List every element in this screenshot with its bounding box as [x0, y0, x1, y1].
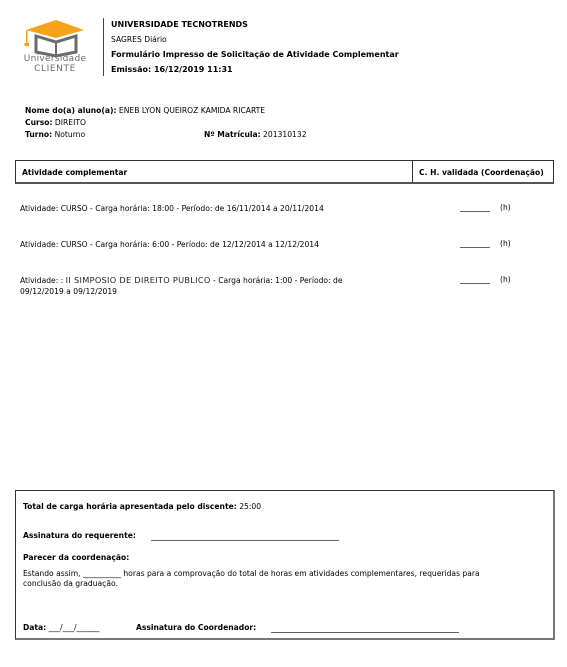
- total-hours: Total de carga horária apresentada pelo …: [23, 502, 261, 511]
- activities-table-header: Atividade complementar C. H. validada (C…: [15, 160, 554, 184]
- date-field: Data: ___/___/______: [23, 623, 99, 632]
- student-name-value: ENEB LYON QUEIROZ KAMIDA RICARTE: [119, 106, 265, 115]
- activity-name: II SIMPOSIO DE DIREITO PUBLICO: [66, 275, 211, 285]
- column-divider: [412, 161, 413, 182]
- activity-row: Atividade: CURSO - Carga horária: 6:00 -…: [20, 239, 380, 250]
- shift-label: Turno:: [25, 130, 52, 139]
- emission-label: Emissão:: [111, 65, 151, 74]
- graduation-cap-icon: [18, 18, 92, 58]
- hours-blank-line: [460, 247, 490, 248]
- logo-text-line1: Universidade: [18, 54, 92, 64]
- student-name: Nome do(a) aluno(a): ENEB LYON QUEIROZ K…: [25, 106, 265, 115]
- logo-text-line2: CLIENTE: [18, 64, 92, 74]
- coordinator-signature-label: Assinatura do Coordenador:: [136, 623, 256, 632]
- course-label: Curso:: [25, 118, 53, 127]
- opinion-text-line1: Estando assim, __________ horas para a c…: [23, 569, 480, 578]
- summary-box: Total de carga horária apresentada pelo …: [15, 490, 555, 640]
- hours-suffix: (h): [500, 239, 511, 248]
- student-name-label: Nome do(a) aluno(a):: [25, 106, 117, 115]
- student-course: Curso: DIREITO: [25, 118, 86, 127]
- date-label: Data:: [23, 623, 46, 632]
- registration-label: Nº Matrícula:: [204, 130, 261, 139]
- shift-value: Noturno: [55, 130, 86, 139]
- column-validated-hours: C. H. validada (Coordenação): [419, 168, 544, 177]
- column-activity: Atividade complementar: [22, 168, 127, 177]
- form-title: Formulário Impresso de Solicitação de At…: [111, 50, 399, 59]
- hours-blank-line: [460, 211, 490, 212]
- requester-signature-label: Assinatura do requerente:: [23, 531, 136, 540]
- total-hours-value: 25:00: [239, 502, 261, 511]
- registration-value: 201310132: [263, 130, 306, 139]
- student-registration: Nº Matrícula: 201310132: [204, 130, 307, 139]
- opinion-label: Parecer da coordenação:: [23, 553, 129, 562]
- opinion-text-line2: conclusão da graduação.: [23, 579, 118, 588]
- emission-date: Emissão: 16/12/2019 11:31: [111, 65, 233, 74]
- institution-name: UNIVERSIDADE TECNOTRENDS: [111, 20, 248, 29]
- emission-value: 16/12/2019 11:31: [154, 65, 233, 74]
- system-name: SAGRES Diário: [111, 35, 167, 44]
- hours-suffix: (h): [500, 203, 511, 212]
- requester-signature-line: [151, 540, 339, 541]
- coordinator-signature-line: [271, 632, 459, 633]
- university-logo: Universidade CLIENTE: [18, 18, 92, 76]
- date-blank: ___/___/______: [49, 623, 100, 632]
- activity-row: Atividade: : II SIMPOSIO DE DIREITO PUBL…: [20, 275, 380, 297]
- total-hours-label: Total de carga horária apresentada pelo …: [23, 502, 237, 511]
- header-divider: [103, 18, 104, 76]
- activity-row: Atividade: CURSO - Carga horária: 18:00 …: [20, 203, 380, 214]
- student-shift: Turno: Noturno: [25, 130, 85, 139]
- hours-suffix: (h): [500, 275, 511, 284]
- course-value: DIREITO: [55, 118, 86, 127]
- hours-blank-line: [460, 283, 490, 284]
